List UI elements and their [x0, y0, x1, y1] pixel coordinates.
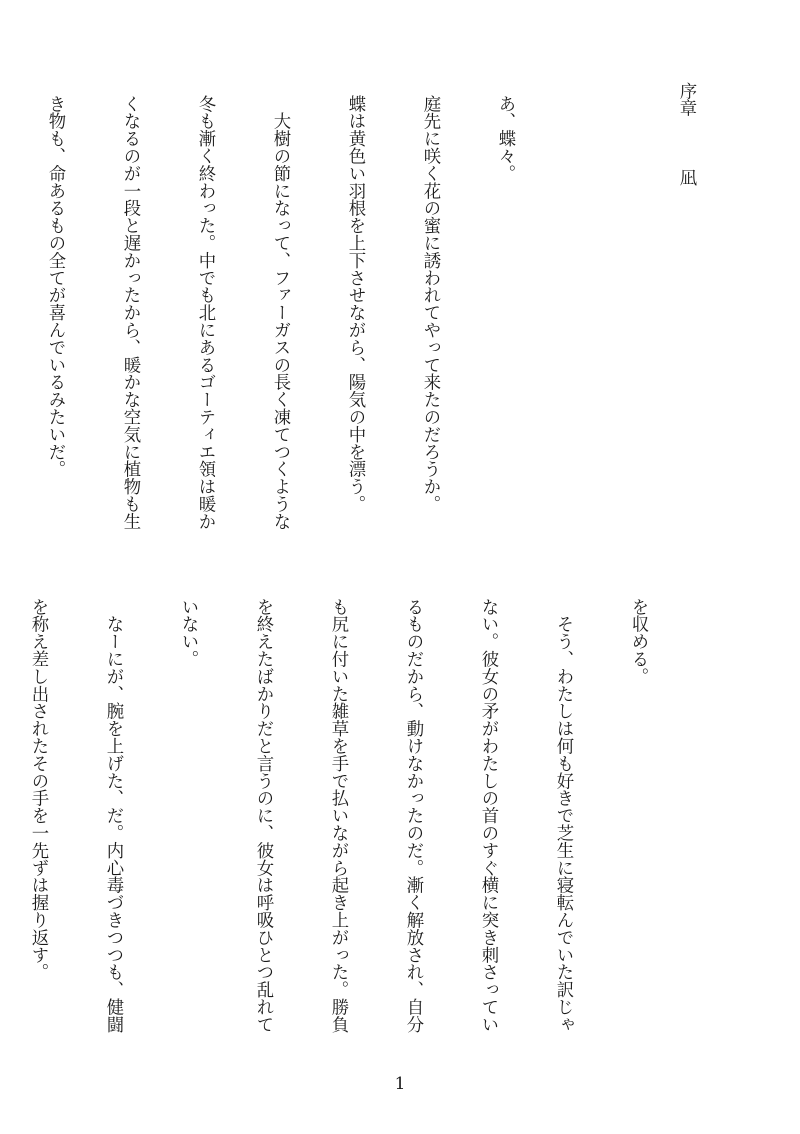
text-line: るものだから、動けなかったのだ。漸く解放され、自分	[400, 598, 425, 1038]
text-line: も尻に付いた雑草を手で払いながら起き上がった。勝負	[325, 598, 350, 1038]
text-line: あ、蝶々。	[492, 95, 517, 535]
chapter-label: 序章	[676, 82, 696, 117]
text-line: 大樹の節になって、ファーガスの長く凍てつくような	[267, 95, 292, 535]
text-line: を称え差し出されたその手を一先ずは握り返す。	[25, 598, 50, 1038]
book-page: 序章凪 あ、蝶々。 庭先に咲く花の蜜に誘われてやって来たのだろうか。 蝶は黄色い…	[0, 0, 800, 1134]
text-line: そう、わたしは何も好きで芝生に寝転んでいた訳じゃ	[550, 598, 575, 1038]
text-line: なーにが、腕を上げた、だ。内心毒づきつつも、健闘	[100, 598, 125, 1038]
lower-text-block: を収める。 そう、わたしは何も好きで芝生に寝転んでいた訳じゃ ない。彼女の矛がわ…	[0, 598, 700, 1038]
chapter-heading: 序章凪	[673, 82, 698, 186]
text-line: ない。彼女の矛がわたしの首のすぐ横に突き刺さってい	[475, 598, 500, 1038]
text-line: いない。	[175, 598, 200, 1038]
text-line: を収める。	[625, 598, 650, 1038]
text-line: 蝶は黄色い羽根を上下させながら、陽気の中を漂う。	[342, 95, 367, 535]
text-line: き物も、命あるもの全てが喜んでいるみたいだ。	[42, 95, 67, 535]
text-line: を終えたばかりだと言うのに、彼女は呼吸ひとつ乱れて	[250, 598, 275, 1038]
text-line: 庭先に咲く花の蜜に誘われてやって来たのだろうか。	[417, 95, 442, 535]
chapter-subtitle: 凪	[676, 169, 696, 186]
page-number: 1	[0, 1074, 800, 1094]
text-line: くなるのが一段と遅かったから、暖かな空気に植物も生	[117, 95, 142, 535]
upper-text-block: あ、蝶々。 庭先に咲く花の蜜に誘われてやって来たのだろうか。 蝶は黄色い羽根を上…	[0, 95, 617, 535]
text-line: 冬も漸く終わった。中でも北にあるゴーティエ領は暖か	[192, 95, 217, 535]
